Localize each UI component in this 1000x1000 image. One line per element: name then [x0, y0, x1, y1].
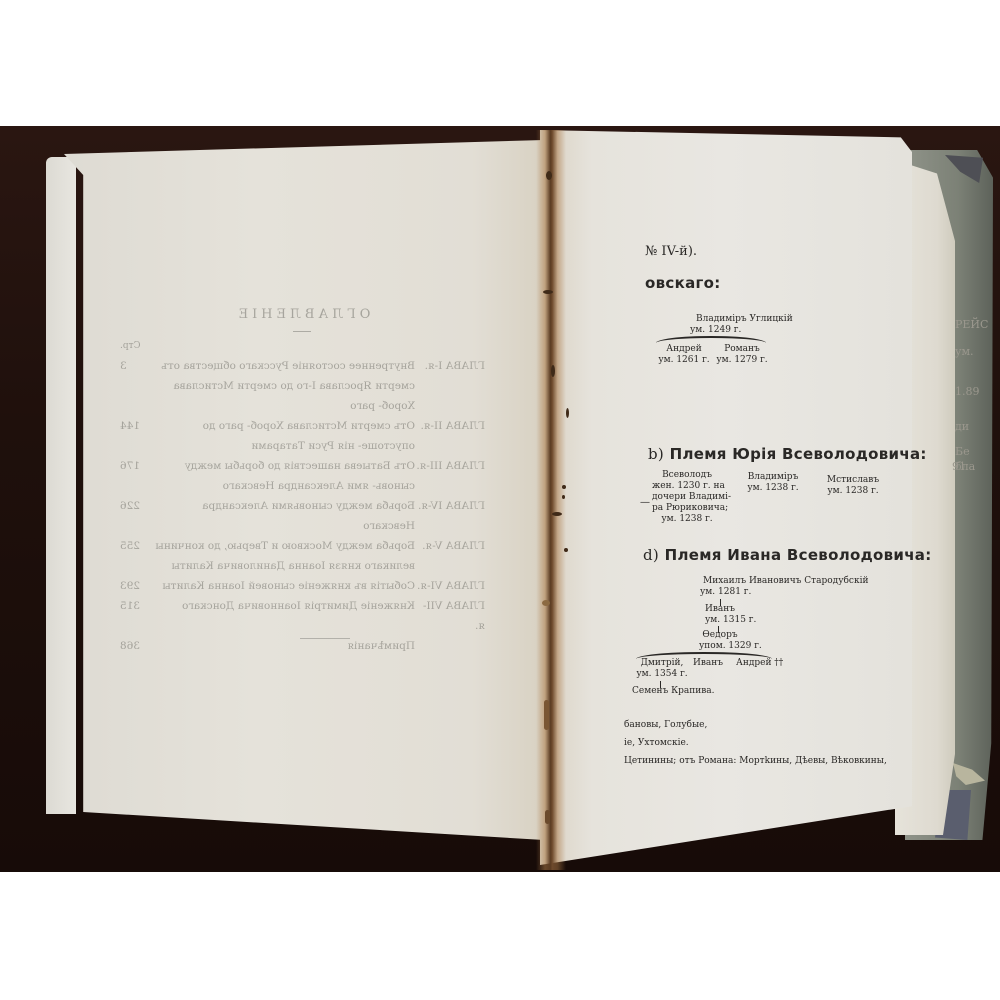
section-a-title-fragment: овскаго:: [645, 274, 721, 292]
section-title: Племя Ивана Всеволодовича:: [665, 546, 932, 564]
toc-chapter-label: ГЛАВА VI-я.: [415, 576, 485, 596]
edge-ghost-text: РЕЙС: [955, 318, 988, 331]
toc-entry: ГЛАВА IV-я.Борьба между сыновьями Алекса…: [120, 496, 485, 536]
tree-node: Владиміръ ум. 1238 г.: [745, 472, 801, 494]
tree-node-note: дочери Владимі-: [652, 492, 722, 503]
genealogy-brace: [656, 336, 766, 343]
tree-node-name: Владиміръ Углицкій: [696, 314, 793, 324]
toc-chapter-label: ГЛАВА VII-я.: [415, 596, 485, 636]
toc-entry-text: Отъ Батыева нашествія до борьбы между сы…: [154, 456, 415, 496]
toc-page-number: 144: [120, 416, 154, 456]
toc-entry-text: Борьба между сыновьями Александра Невска…: [154, 496, 415, 536]
tree-node-root: Владиміръ Углицкій: [696, 314, 793, 325]
toc-page-number: 3: [120, 356, 154, 416]
tree-node-name: Мстиславъ: [825, 475, 881, 486]
tree-node: Мстиславъ ум. 1238 г.: [825, 475, 881, 497]
tree-node-name: Михаилъ Ивановичъ Стародубскій: [703, 576, 868, 587]
toc-entry-text: Борьба между Москвою и Тверью, до кончин…: [154, 536, 415, 576]
toc-chapter-label: ГЛАВА II-я.: [415, 416, 485, 456]
tree-node-name: Семенъ Крапива.: [632, 686, 715, 697]
gutter-stain: [564, 548, 568, 552]
tree-node-name: Всеволодъ: [652, 470, 722, 481]
tree-node-name: Андрей: [656, 344, 712, 355]
toc-entry: ГЛАВА I-я.Внутреннее состояніе Русскаго …: [120, 356, 485, 416]
tree-node-note: ум. 1354 г.: [636, 669, 688, 680]
tree-node-note: жен. 1230 г. на: [652, 481, 722, 492]
gutter-stain: [562, 485, 566, 489]
flyleaf-edge: [46, 157, 76, 814]
toc-chapter-label: ГЛАВА III-я.: [415, 456, 485, 496]
tree-node-note: ум. 1238 г.: [745, 483, 801, 494]
book-gutter-spine: [536, 130, 566, 870]
tree-node-note: ум. 1315 г.: [705, 615, 756, 626]
toc-page-number: 255: [120, 536, 154, 576]
gutter-stain: [551, 365, 555, 377]
tree-node: Всеволодъ жен. 1230 г. на дочери Владимі…: [652, 470, 722, 525]
footer-line: іе, Ухтомскіе.: [624, 738, 689, 749]
bleed-through-table-of-contents: ОГЛАВЛЕНІЕ Стр. ГЛАВА I-я.Внутреннее сос…: [120, 305, 485, 656]
toc-page-number: 293: [120, 576, 154, 596]
toc-entry: ГЛАВА VI-я.Событія въ княженіе сыновей І…: [120, 576, 485, 596]
toc-chapter-label: [415, 636, 485, 656]
tree-node-note: ум. 1238 г.: [652, 514, 722, 525]
edge-ghost-text: Бе: [955, 445, 970, 458]
gutter-stain: [562, 495, 565, 499]
footer-line: Цетинины; отъ Романа: Мортkины, Дѣевы, В…: [624, 756, 887, 767]
section-title: Племя Юрія Всеволодовича:: [670, 445, 927, 463]
toc-entry: ГЛАВА III-я.Отъ Батыева нашествія до бор…: [120, 456, 485, 496]
toc-page-number: 226: [120, 496, 154, 536]
toc-entry: Примѣчанія368: [120, 636, 485, 656]
tree-node-name: Иванъ: [693, 658, 723, 669]
tree-node-child: Дмитрій, ум. 1354 г.: [636, 658, 688, 680]
tree-node-name: Иванъ: [700, 604, 740, 615]
gutter-stain: [566, 408, 569, 418]
tree-node-note: ум. 1249 г.: [690, 325, 741, 336]
gutter-stain: [544, 700, 549, 730]
toc-entry-text: Внутреннее состояніе Русскаго общества о…: [154, 356, 415, 416]
tree-node-note: ум. 1279 г.: [712, 355, 772, 366]
toc-entry-text: Событія въ княженіе сыновей Іоанна Калит…: [154, 576, 415, 596]
footer-line: бановы, Голубые,: [624, 720, 707, 731]
toc-page-column-header: Стр.: [120, 336, 485, 356]
section-label: d): [643, 546, 659, 564]
section-d-heading: d) Племя Ивана Всеволодовича:: [643, 546, 932, 564]
toc-entry: ГЛАВА VII-я.Княженіе Димитрія Іоанновича…: [120, 596, 485, 636]
tree-node-name: Дмитрій,: [636, 658, 688, 669]
toc-chapter-label: ГЛАВА V-я.: [415, 536, 485, 576]
edge-ghost-text: 91: [952, 460, 966, 473]
toc-page-number: 368: [120, 636, 154, 656]
toc-chapter-label: ГЛАВА I-я.: [415, 356, 485, 416]
tree-node-name: Владиміръ: [745, 472, 801, 483]
gutter-stain: [545, 810, 550, 824]
tree-node-child: Андрей ум. 1261 г.: [656, 344, 712, 366]
gutter-stain: [542, 600, 550, 606]
edge-ghost-text: ди: [955, 420, 969, 433]
toc-entry-text: Отъ смерти Мстислава Хороб- раго до опус…: [154, 416, 415, 456]
toc-chapter-label: ГЛАВА IV-я.: [415, 496, 485, 536]
tree-node-note: упом. 1329 г.: [699, 641, 762, 652]
tree-node-name: Андрей ††: [736, 658, 783, 669]
tree-node-note: ум. 1238 г.: [825, 486, 881, 497]
gutter-stain: [543, 290, 553, 294]
edge-ghost-text: ум.: [955, 345, 974, 358]
tree-node-name: Романъ: [712, 344, 772, 355]
tree-node-note: ум. 1281 г.: [700, 587, 751, 598]
toc-title: ОГЛАВЛЕНІЕ: [120, 305, 485, 325]
tree-node-name: Ѳедоръ: [700, 630, 740, 641]
toc-title-rule: [294, 331, 312, 332]
toc-entry-text: Примѣчанія: [154, 636, 415, 656]
tree-node-note: ум. 1261 г.: [656, 355, 712, 366]
tree-node-child: Романъ ум. 1279 г.: [712, 344, 772, 366]
toc-entry: ГЛАВА V-я.Борьба между Москвою и Тверью,…: [120, 536, 485, 576]
edge-ghost-text: 1.89: [955, 385, 980, 398]
section-label: b): [648, 445, 664, 463]
toc-page-number: 315: [120, 596, 154, 636]
margin-dash-mark: —: [640, 497, 650, 508]
page-header-fragment: № IV-й).: [645, 244, 697, 259]
toc-entry-text: Княженіе Димитрія Іоанновича Донскаго: [154, 596, 415, 636]
tree-node-note: ра Рюриковича;: [652, 503, 722, 514]
section-b-heading: b) Племя Юрія Всеволодовича:: [648, 445, 927, 463]
gutter-stain: [546, 171, 552, 180]
toc-page-number: 176: [120, 456, 154, 496]
gutter-stain: [552, 512, 562, 516]
toc-end-rule: [300, 638, 350, 639]
toc-entry: ГЛАВА II-я.Отъ смерти Мстислава Хороб- р…: [120, 416, 485, 456]
